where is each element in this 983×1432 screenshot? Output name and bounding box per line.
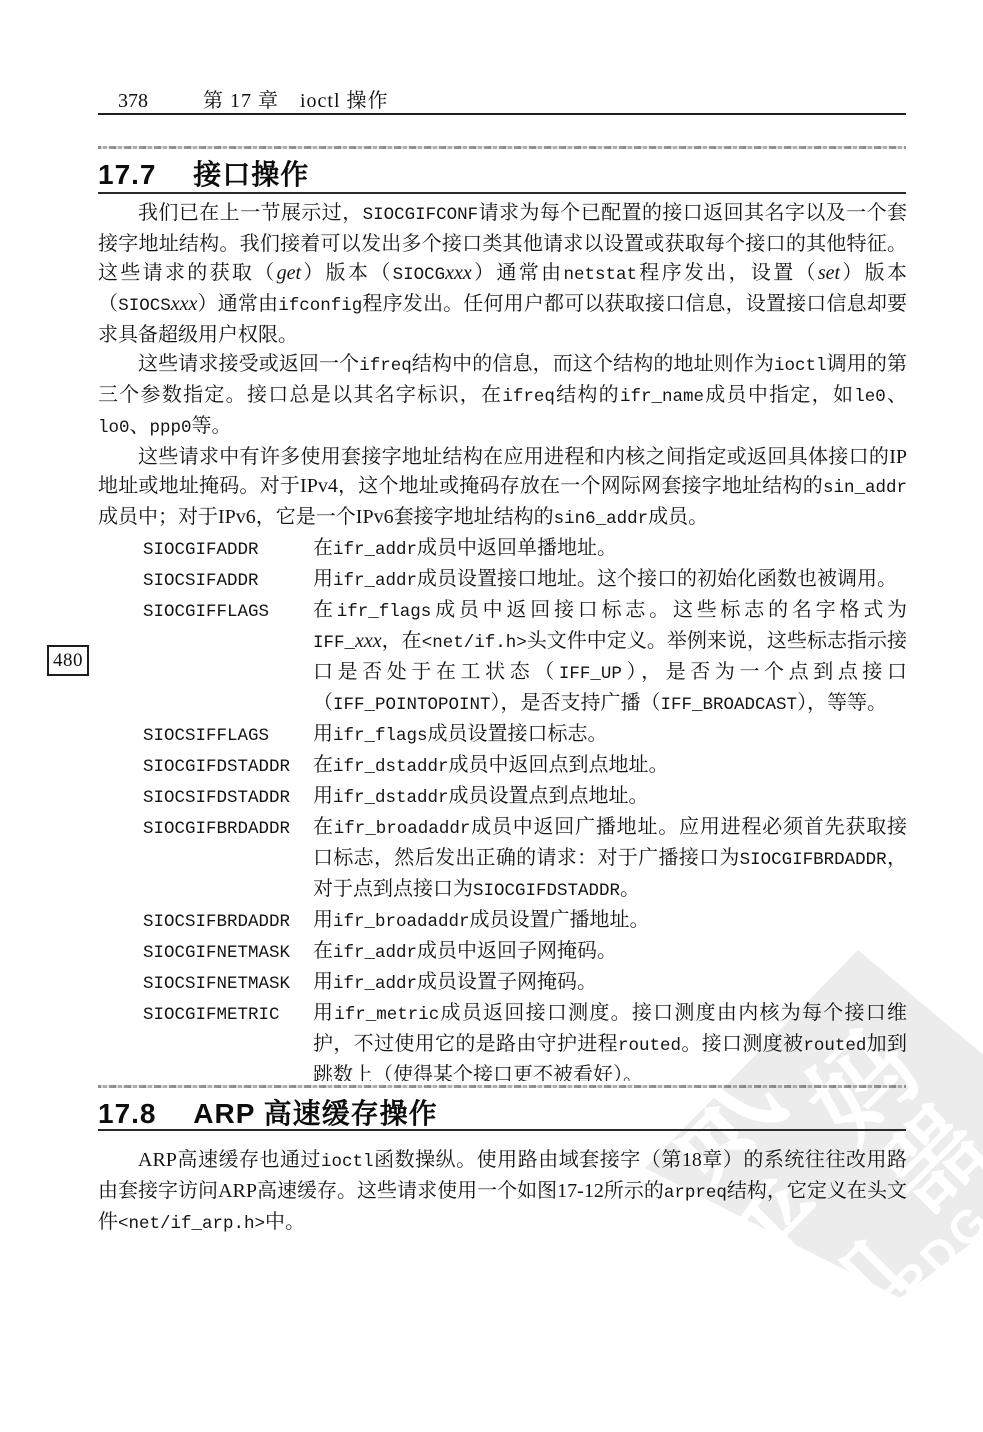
text-segment: IFF_POINTOPOINT bbox=[333, 695, 491, 715]
decorative-rule bbox=[98, 1085, 906, 1088]
section-17-7-body: 我们已在上一节展示过，SIOCGIFCONF请求为每个已配置的接口返回其名字以及… bbox=[98, 199, 907, 1081]
page-number: 378 bbox=[118, 90, 148, 113]
text-segment: 在 bbox=[313, 754, 333, 776]
text-segment: ifreq bbox=[359, 356, 412, 376]
text-segment: 等。 bbox=[192, 415, 232, 437]
text-segment: IFF_ bbox=[313, 633, 355, 653]
text-segment: ifr_metric bbox=[334, 1005, 439, 1025]
text-segment: sin_addr bbox=[823, 478, 907, 498]
text-segment: routed bbox=[618, 1036, 681, 1056]
text-segment: 成员设置子网掩码。 bbox=[417, 971, 597, 993]
request-constant: SIOCSIFADDR bbox=[143, 567, 259, 596]
text-segment: 。 bbox=[620, 878, 640, 900]
request-description: 在ifr_addr成员中返回子网掩码。 bbox=[313, 937, 907, 968]
request-description: 用ifr_flags成员设置接口标志。 bbox=[313, 720, 907, 751]
request-description: 用ifr_metric成员返回接口测度。接口测度由内核为每个接口维护，不过使用它… bbox=[313, 999, 907, 1081]
text-segment: le0 bbox=[854, 387, 886, 407]
text-segment: 成员设置接口地址。这个接口的初始化函数也被调用。 bbox=[417, 568, 897, 590]
request-item: SIOCGIFADDR 在ifr_addr成员中返回单播地址。 bbox=[313, 534, 907, 565]
text-segment: SIOCS bbox=[118, 296, 171, 316]
request-description: 在ifr_broadaddr成员中返回广播地址。应用进程必须首先获取接口标志，然… bbox=[313, 813, 907, 906]
text-segment: ifr_addr bbox=[333, 943, 417, 963]
text-segment: xxx bbox=[355, 630, 382, 652]
text-segment: ifr_dstaddr bbox=[333, 757, 449, 777]
text-segment: 在 bbox=[313, 816, 334, 838]
text-segment: SIOCGIFBRDADDR bbox=[740, 850, 887, 870]
text-segment: 在 bbox=[313, 537, 333, 559]
request-description: 用ifr_addr成员设置子网掩码。 bbox=[313, 968, 907, 999]
text-segment: 成员中返回接口标志。这些标志的名字格式为 bbox=[431, 599, 907, 621]
section-number: 17.7 bbox=[98, 159, 157, 191]
text-segment: ARP高速缓存也通过 bbox=[138, 1149, 321, 1171]
text-segment: SIOCG bbox=[393, 265, 446, 285]
text-segment: 用 bbox=[313, 723, 333, 745]
text-segment: ifr_dstaddr bbox=[333, 788, 449, 808]
request-constant: SIOCGIFMETRIC bbox=[143, 1001, 280, 1030]
text-segment: 用 bbox=[313, 568, 333, 590]
text-segment: IFF_BROADCAST bbox=[661, 695, 798, 715]
paragraph: 这些请求接受或返回一个ifreq结构中的信息，而这个结构的地址则作为ioctl调… bbox=[98, 350, 907, 443]
request-description: 在ifr_dstaddr成员中返回点到点地址。 bbox=[313, 751, 907, 782]
running-head: 378 第 17 章 ioctl 操作 bbox=[98, 84, 906, 113]
text-segment: 结构的 bbox=[555, 384, 620, 406]
request-item: SIOCSIFNETMASK 用ifr_addr成员设置子网掩码。 bbox=[313, 968, 907, 999]
text-segment: ioctl bbox=[774, 356, 827, 376]
request-constant: SIOCSIFNETMASK bbox=[143, 970, 290, 999]
text-segment: ifreq bbox=[502, 387, 555, 407]
text-segment: 成员设置点到点地址。 bbox=[449, 785, 649, 807]
text-segment: SIOCGIFCONF bbox=[363, 205, 479, 225]
request-constant: SIOCSIFFLAGS bbox=[143, 722, 269, 751]
chapter-title: 第 17 章 ioctl 操作 bbox=[203, 84, 389, 113]
request-description: 用ifr_addr成员设置接口地址。这个接口的初始化函数也被调用。 bbox=[313, 565, 907, 596]
text-segment: ）版本（ bbox=[301, 262, 393, 284]
request-item: SIOCSIFADDR 用ifr_addr成员设置接口地址。这个接口的初始化函数… bbox=[313, 565, 907, 596]
text-segment: <net/if_arp.h> bbox=[118, 1214, 265, 1234]
text-segment: 成员设置接口标志。 bbox=[428, 723, 608, 745]
text-segment: 成员中；对于IPv6，它是一个IPv6套接字地址结构的 bbox=[98, 506, 554, 528]
request-constant: SIOCSIFDSTADDR bbox=[143, 784, 290, 813]
text-segment: 成员中返回子网掩码。 bbox=[417, 940, 617, 962]
text-segment: 成员中指定，如 bbox=[704, 384, 854, 406]
text-segment: ifr_flags bbox=[333, 726, 428, 746]
page-content: 378 第 17 章 ioctl 操作 17.7 接口操作 我们已在上一节展示过… bbox=[0, 0, 983, 1432]
ioctl-request-list: SIOCGIFADDR 在ifr_addr成员中返回单播地址。 SIOCSIFA… bbox=[98, 534, 907, 1081]
text-segment: ifr_addr bbox=[333, 974, 417, 994]
paragraph: ARP高速缓存也通过ioctl函数操纵。使用路由域套接字（第18章）的系统往往改… bbox=[98, 1146, 907, 1239]
request-constant: SIOCGIFNETMASK bbox=[143, 939, 290, 968]
text-segment: 、 bbox=[886, 384, 907, 406]
text-segment: ），是否支持广播（ bbox=[491, 692, 661, 714]
text-segment: 、 bbox=[130, 415, 150, 437]
request-description: 用ifr_broadaddr成员设置广播地址。 bbox=[313, 906, 907, 937]
request-constant: SIOCGIFFLAGS bbox=[143, 598, 269, 627]
text-segment: 用 bbox=[313, 971, 333, 993]
request-item: SIOCSIFFLAGS 用ifr_flags成员设置接口标志。 bbox=[313, 720, 907, 751]
text-segment: 成员设置广播地址。 bbox=[470, 909, 650, 931]
request-constant: SIOCGIFDSTADDR bbox=[143, 753, 290, 782]
text-segment: 这些请求接受或返回一个 bbox=[138, 353, 359, 375]
paragraph: 这些请求中有许多使用套接字地址结构在应用进程和内核之间指定或返回具体接口的IP地… bbox=[98, 443, 907, 534]
request-constant: SIOCSIFBRDADDR bbox=[143, 908, 290, 937]
text-segment: 在 bbox=[313, 599, 337, 621]
section-heading-rule bbox=[98, 192, 906, 194]
section-17-8-body: ARP高速缓存也通过ioctl函数操纵。使用路由域套接字（第18章）的系统往往改… bbox=[98, 1146, 907, 1266]
text-segment: 成员中返回单播地址。 bbox=[417, 537, 617, 559]
text-segment: 用 bbox=[313, 1002, 334, 1024]
text-segment: get bbox=[277, 262, 301, 284]
request-constant: SIOCGIFBRDADDR bbox=[143, 815, 290, 844]
paragraph: 我们已在上一节展示过，SIOCGIFCONF请求为每个已配置的接口返回其名字以及… bbox=[98, 199, 907, 350]
text-segment: xxx bbox=[171, 293, 198, 315]
text-segment: ）通常由 bbox=[472, 262, 564, 284]
text-segment: ifr_addr bbox=[333, 571, 417, 591]
section-title: ARP 高速缓存操作 bbox=[193, 1092, 437, 1132]
request-description: 用ifr_dstaddr成员设置点到点地址。 bbox=[313, 782, 907, 813]
text-segment: 中。 bbox=[265, 1211, 305, 1233]
text-segment: netstat bbox=[563, 265, 637, 285]
text-segment: lo0 bbox=[98, 418, 130, 438]
text-segment: <net/if.h> bbox=[422, 633, 527, 653]
book-page-scan: { "colors": { "page_bg": "#ffffff", "tex… bbox=[0, 0, 983, 1432]
text-segment: 成员中返回点到点地址。 bbox=[449, 754, 669, 776]
running-head-rule bbox=[98, 113, 906, 115]
text-segment: 。接口测度被 bbox=[681, 1033, 803, 1055]
request-description: 在ifr_flags成员中返回接口标志。这些标志的名字格式为IFF_xxx，在<… bbox=[313, 596, 907, 720]
section-number: 17.8 bbox=[98, 1098, 157, 1130]
request-item: SIOCSIFBRDADDR 用ifr_broadaddr成员设置广播地址。 bbox=[313, 906, 907, 937]
text-segment: ifr_broadaddr bbox=[333, 912, 470, 932]
section-heading-17-8: 17.8 ARP 高速缓存操作 bbox=[98, 1092, 906, 1132]
section-title: 接口操作 bbox=[193, 153, 309, 193]
request-item: SIOCGIFBRDADDR 在ifr_broadaddr成员中返回广播地址。应… bbox=[313, 813, 907, 906]
request-item: SIOCGIFNETMASK 在ifr_addr成员中返回子网掩码。 bbox=[313, 937, 907, 968]
section-heading-rule bbox=[98, 1129, 906, 1131]
text-segment: arpreq bbox=[664, 1183, 727, 1203]
request-item: SIOCGIFDSTADDR 在ifr_dstaddr成员中返回点到点地址。 bbox=[313, 751, 907, 782]
text-segment: ），等等。 bbox=[797, 692, 887, 714]
text-segment: ppp0 bbox=[150, 418, 192, 438]
text-segment: set bbox=[818, 262, 840, 284]
text-segment: sin6_addr bbox=[554, 509, 649, 529]
text-segment: xxx bbox=[445, 262, 472, 284]
text-segment: 结构中的信息，而这个结构的地址则作为 bbox=[412, 353, 774, 375]
request-item: SIOCGIFFLAGS 在ifr_flags成员中返回接口标志。这些标志的名字… bbox=[313, 596, 907, 720]
text-segment: 用 bbox=[313, 909, 333, 931]
text-segment: 这些请求中有许多使用套接字地址结构在应用进程和内核之间指定或返回具体接口的IP地… bbox=[98, 446, 907, 497]
text-segment: 我们已在上一节展示过， bbox=[138, 202, 363, 224]
text-segment: ifr_addr bbox=[333, 540, 417, 560]
request-description: 在ifr_addr成员中返回单播地址。 bbox=[313, 534, 907, 565]
text-segment: IFF_UP bbox=[559, 664, 622, 684]
text-segment: 用 bbox=[313, 785, 333, 807]
text-segment: ，在 bbox=[382, 630, 422, 652]
text-segment: SIOCGIFDSTADDR bbox=[473, 881, 620, 901]
request-constant: SIOCGIFADDR bbox=[143, 536, 259, 565]
text-segment: ifconfig bbox=[278, 296, 362, 316]
text-segment: ifr_name bbox=[620, 387, 704, 407]
request-item: SIOCGIFMETRIC 用ifr_metric成员返回接口测度。接口测度由内… bbox=[313, 999, 907, 1081]
text-segment: ifr_flags bbox=[337, 602, 432, 622]
text-segment: 在 bbox=[313, 940, 333, 962]
text-segment: 程序发出，设置（ bbox=[637, 262, 818, 284]
text-segment: 成员。 bbox=[648, 506, 708, 528]
text-segment: ioctl bbox=[321, 1152, 374, 1172]
section-heading-17-7: 17.7 接口操作 bbox=[98, 153, 906, 193]
text-segment: ifr_broadaddr bbox=[334, 819, 471, 839]
decorative-rule bbox=[98, 146, 906, 149]
text-segment: routed bbox=[803, 1036, 866, 1056]
text-segment: ）通常由 bbox=[197, 293, 278, 315]
request-item: SIOCSIFDSTADDR 用ifr_dstaddr成员设置点到点地址。 bbox=[313, 782, 907, 813]
original-page-margin-marker: 480 bbox=[47, 645, 89, 676]
